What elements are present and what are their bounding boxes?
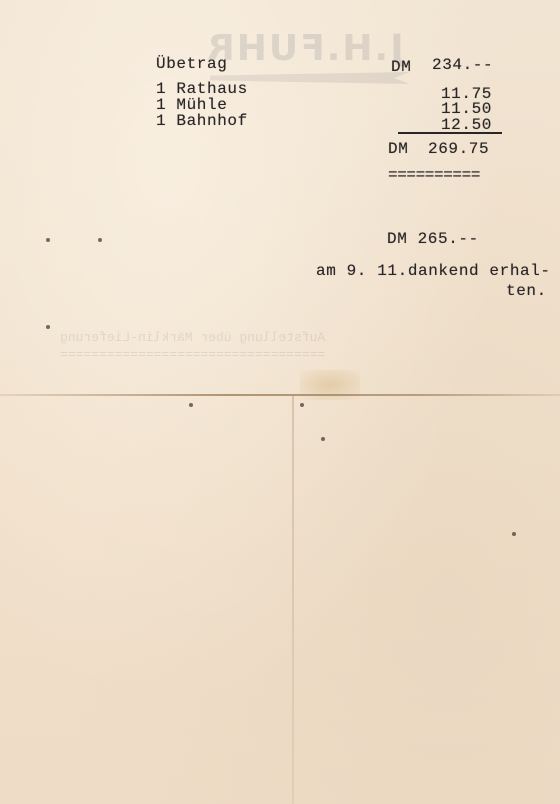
dot-mark	[512, 532, 516, 536]
reverse-side-ghost-text: Aufstellung über Märklin-Lieferung =====…	[60, 330, 325, 363]
letterhead-ghost-logo: J.H.FUHR	[205, 28, 404, 69]
dot-mark	[321, 437, 325, 441]
dot-mark	[98, 238, 102, 242]
item-line-bahnhof: 1 Bahnhof	[156, 112, 248, 130]
total-currency: DM	[388, 140, 408, 158]
received-note-line1: am 9. 11.dankend erhal-	[316, 262, 551, 280]
dot-mark	[189, 403, 193, 407]
carryover-amount: 234.--	[432, 56, 493, 74]
received-note-line2: ten.	[506, 282, 547, 300]
horizontal-fold-crease	[0, 394, 560, 396]
dot-mark	[300, 403, 304, 407]
vertical-fold-crease	[292, 395, 294, 804]
dot-mark	[46, 325, 50, 329]
total-amount: 269.75	[428, 140, 489, 158]
sum-rule	[398, 132, 502, 134]
dot-mark	[46, 238, 50, 242]
paid-amount: DM 265.--	[387, 230, 479, 248]
double-underline: ==========	[388, 166, 480, 184]
carryover-currency: DM	[391, 58, 411, 76]
carryover-label: Übetrag	[156, 55, 227, 73]
